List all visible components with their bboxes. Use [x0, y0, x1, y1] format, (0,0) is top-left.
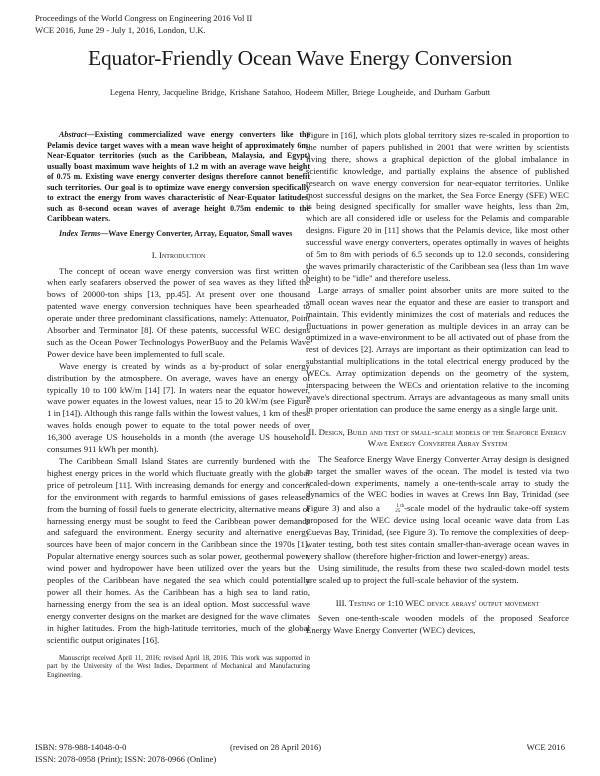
footer-issn: ISSN: 2078-0958 (Print); ISSN: 2078-0966… [35, 753, 216, 765]
paragraph: The Caribbean Small Island States are cu… [47, 456, 310, 647]
section-heading-testing: III. Testing of 1:10 WEC device arrays' … [306, 598, 569, 610]
fraction-denominator: 25 [383, 509, 400, 514]
right-column: Figure in [16], which plots global terri… [306, 130, 569, 637]
paper-title: Equator-Friendly Ocean Wave Energy Conve… [0, 46, 600, 71]
header-conference-dates: WCE 2016, June 29 - July 1, 2016, London… [35, 24, 252, 36]
footer-conference: WCE 2016 [527, 741, 565, 753]
section-heading-design: II. Design, Build and test of small-scal… [306, 427, 569, 450]
manuscript-footnote: Manuscript received April 11, 2016; revi… [47, 655, 310, 681]
paragraph: Figure in [16], which plots global terri… [306, 130, 569, 285]
index-terms: Index Terms—Wave Energy Converter, Array… [47, 229, 310, 240]
paragraph: Using similitude, the results from these… [306, 563, 569, 587]
author-list: Legena Henry, Jacqueline Bridge, Krishan… [0, 88, 600, 97]
header-proceedings: Proceedings of the World Congress on Eng… [35, 12, 252, 24]
paragraph: Large arrays of smaller point absorber u… [306, 285, 569, 416]
footer-revised: (revised on 28 April 2016) [230, 741, 321, 753]
paragraph: Wave energy is created by winds as a by-… [47, 361, 310, 456]
abstract: Abstract—Existing commercialized wave en… [47, 130, 310, 225]
paragraph: Seven one-tenth-scale wooden models of t… [306, 613, 569, 637]
footer-identifiers: ISBN: 978-988-14048-0-0 ISSN: 2078-0958 … [35, 741, 216, 765]
section-heading-introduction: I. Introduction [47, 250, 310, 262]
scale-fraction: 125 [383, 504, 400, 514]
left-column: Abstract—Existing commercialized wave en… [47, 130, 310, 680]
running-header: Proceedings of the World Congress on Eng… [35, 12, 252, 36]
footer-isbn: ISBN: 978-988-14048-0-0 [35, 741, 216, 753]
paragraph: The Seaforce Energy Wave Energy Converte… [306, 454, 569, 563]
abstract-text: —Existing commercialized wave energy con… [47, 130, 310, 223]
paragraph: The concept of ocean wave energy convers… [47, 266, 310, 361]
abstract-label: Abstract [59, 130, 87, 139]
index-terms-text: —Wave Energy Converter, Array, Equator, … [100, 229, 292, 238]
index-terms-label: Index Terms [59, 229, 100, 238]
